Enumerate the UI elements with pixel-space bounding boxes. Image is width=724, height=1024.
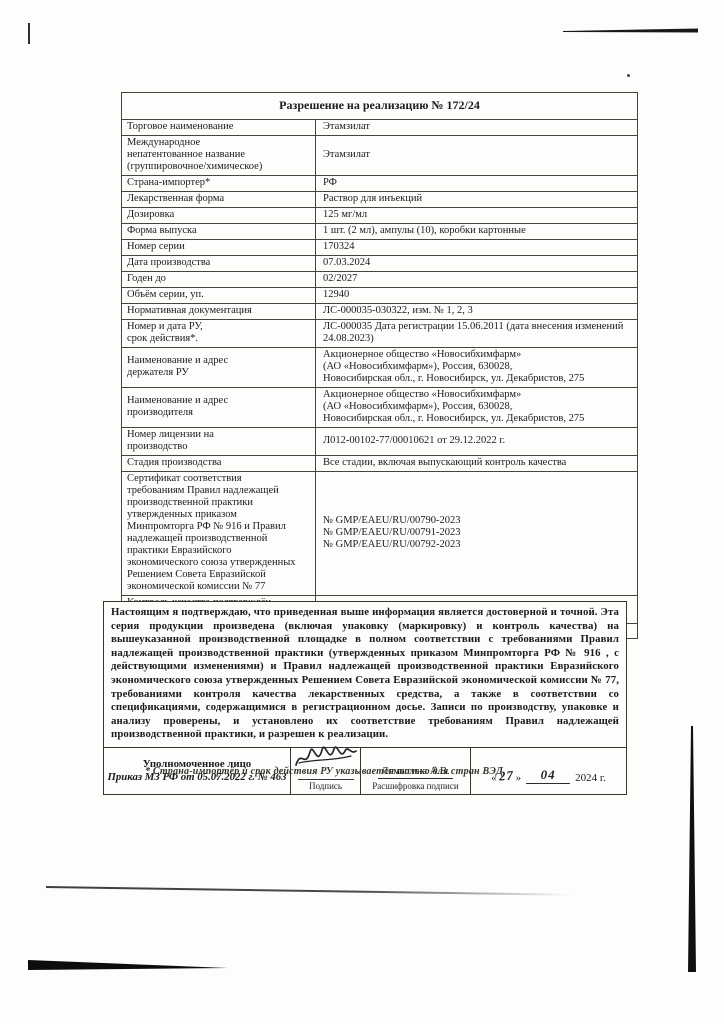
scan-artifact-bottom-left-wedge: [28, 959, 228, 973]
row-value: Этамзилат: [316, 120, 638, 136]
row-label: Номер серии: [122, 240, 316, 256]
release-authorization-table: Разрешение на реализацию № 172/24 Торгов…: [121, 92, 638, 639]
table-row-trade-name: Торговое наименование Этамзилат: [122, 120, 638, 136]
table-row-manufacturer: Наименование и адрес производителя Акцио…: [122, 388, 638, 428]
scan-artifact-top-left-tick: [28, 23, 30, 44]
table-row-importer-country: Страна-импортер* РФ: [122, 176, 638, 192]
row-value: 125 мг/мл: [316, 208, 638, 224]
row-label: Дозировка: [122, 208, 316, 224]
row-value: ЛС-000035 Дата регистрации 15.06.2011 (д…: [316, 320, 638, 348]
table-row-strength: Дозировка 125 мг/мл: [122, 208, 638, 224]
scan-artifact-speck: [627, 74, 630, 77]
row-value: Этамзилат: [316, 136, 638, 176]
signature-caption: Подпись: [309, 781, 342, 791]
name-caption: Расшифровка подписи: [372, 781, 458, 791]
row-value: 07.03.2024: [316, 256, 638, 272]
table-title: Разрешение на реализацию № 172/24: [121, 92, 638, 119]
row-label: Страна-импортер*: [122, 176, 316, 192]
row-label: Номер и дата РУ, срок действия*.: [122, 320, 316, 348]
table-row-expiry-date: Годен до 02/2027: [122, 272, 638, 288]
quote-close: »: [516, 772, 522, 784]
row-label: Наименование и адрес держателя РУ: [122, 348, 316, 388]
row-label: Номер лицензии на производство: [122, 428, 316, 456]
row-value: ЛС-000035-030322, изм. № 1, 2, 3: [316, 304, 638, 320]
signature-line: [298, 779, 354, 780]
table-row-production-date: Дата производства 07.03.2024: [122, 256, 638, 272]
row-label: Наименование и адрес производителя: [122, 388, 316, 428]
row-label: Лекарственная форма: [122, 192, 316, 208]
date-month-handwritten: 04: [526, 767, 570, 784]
row-value: Раствор для инъекций: [316, 192, 638, 208]
table-row-inn: Международное непатентованное название (…: [122, 136, 638, 176]
row-value: Акционерное общество «Новосибхимфарм» (А…: [316, 348, 638, 388]
row-label: Дата производства: [122, 256, 316, 272]
row-label: Международное непатентованное название (…: [122, 136, 316, 176]
scanned-document-page: Разрешение на реализацию № 172/24 Торгов…: [0, 0, 724, 1024]
row-label: Сертификат соответствия требованиям Прав…: [122, 472, 316, 596]
table-row-license-number: Номер лицензии на производство Л012-0010…: [122, 428, 638, 456]
row-label: Торговое наименование: [122, 120, 316, 136]
row-label: Годен до: [122, 272, 316, 288]
row-label: Нормативная документация: [122, 304, 316, 320]
table-row-batch-number: Номер серии 170324: [122, 240, 638, 256]
footnote: * Страна-импортёр и срок действия РУ ука…: [145, 766, 503, 777]
date-year: 2024 г.: [575, 772, 606, 784]
statement-paragraph: Настоящим я подтверждаю, что приведенная…: [104, 602, 626, 747]
row-value: Акционерное общество «Новосибхимфарм» (А…: [316, 388, 638, 428]
scan-artifact-right-wedge: [686, 726, 698, 972]
row-label: Стадия производства: [122, 456, 316, 472]
row-value: РФ: [316, 176, 638, 192]
row-value: № GMP/EAEU/RU/00790-2023 № GMP/EAEU/RU/0…: [316, 472, 638, 596]
table-row-normative-docs: Нормативная документация ЛС-000035-03032…: [122, 304, 638, 320]
row-value: 02/2027: [316, 272, 638, 288]
table-row-pack-form: Форма выпуска 1 шт. (2 мл), ампулы (10),…: [122, 224, 638, 240]
table-row-ru-number-date: Номер и дата РУ, срок действия*. ЛС-0000…: [122, 320, 638, 348]
table-row-gmp-certificate: Сертификат соответствия требованиям Прав…: [122, 472, 638, 596]
scan-artifact-bottom-thin-line: [46, 886, 571, 896]
row-value: 170324: [316, 240, 638, 256]
table-row-ru-holder: Наименование и адрес держателя РУ Акцион…: [122, 348, 638, 388]
row-value: Все стадии, включая выпускающий контроль…: [316, 456, 638, 472]
row-label: Форма выпуска: [122, 224, 316, 240]
table-row-dosage-form: Лекарственная форма Раствор для инъекций: [122, 192, 638, 208]
scan-artifact-top-right-line: [563, 21, 698, 27]
table-row-production-stage: Стадия производства Все стадии, включая …: [122, 456, 638, 472]
row-value: 12940: [316, 288, 638, 304]
row-value: Л012-00102-77/00010621 от 29.12.2022 г.: [316, 428, 638, 456]
row-value: 1 шт. (2 мл), ампулы (10), коробки карто…: [316, 224, 638, 240]
row-label: Объём серии, уп.: [122, 288, 316, 304]
table-row-batch-volume: Объём серии, уп. 12940: [122, 288, 638, 304]
